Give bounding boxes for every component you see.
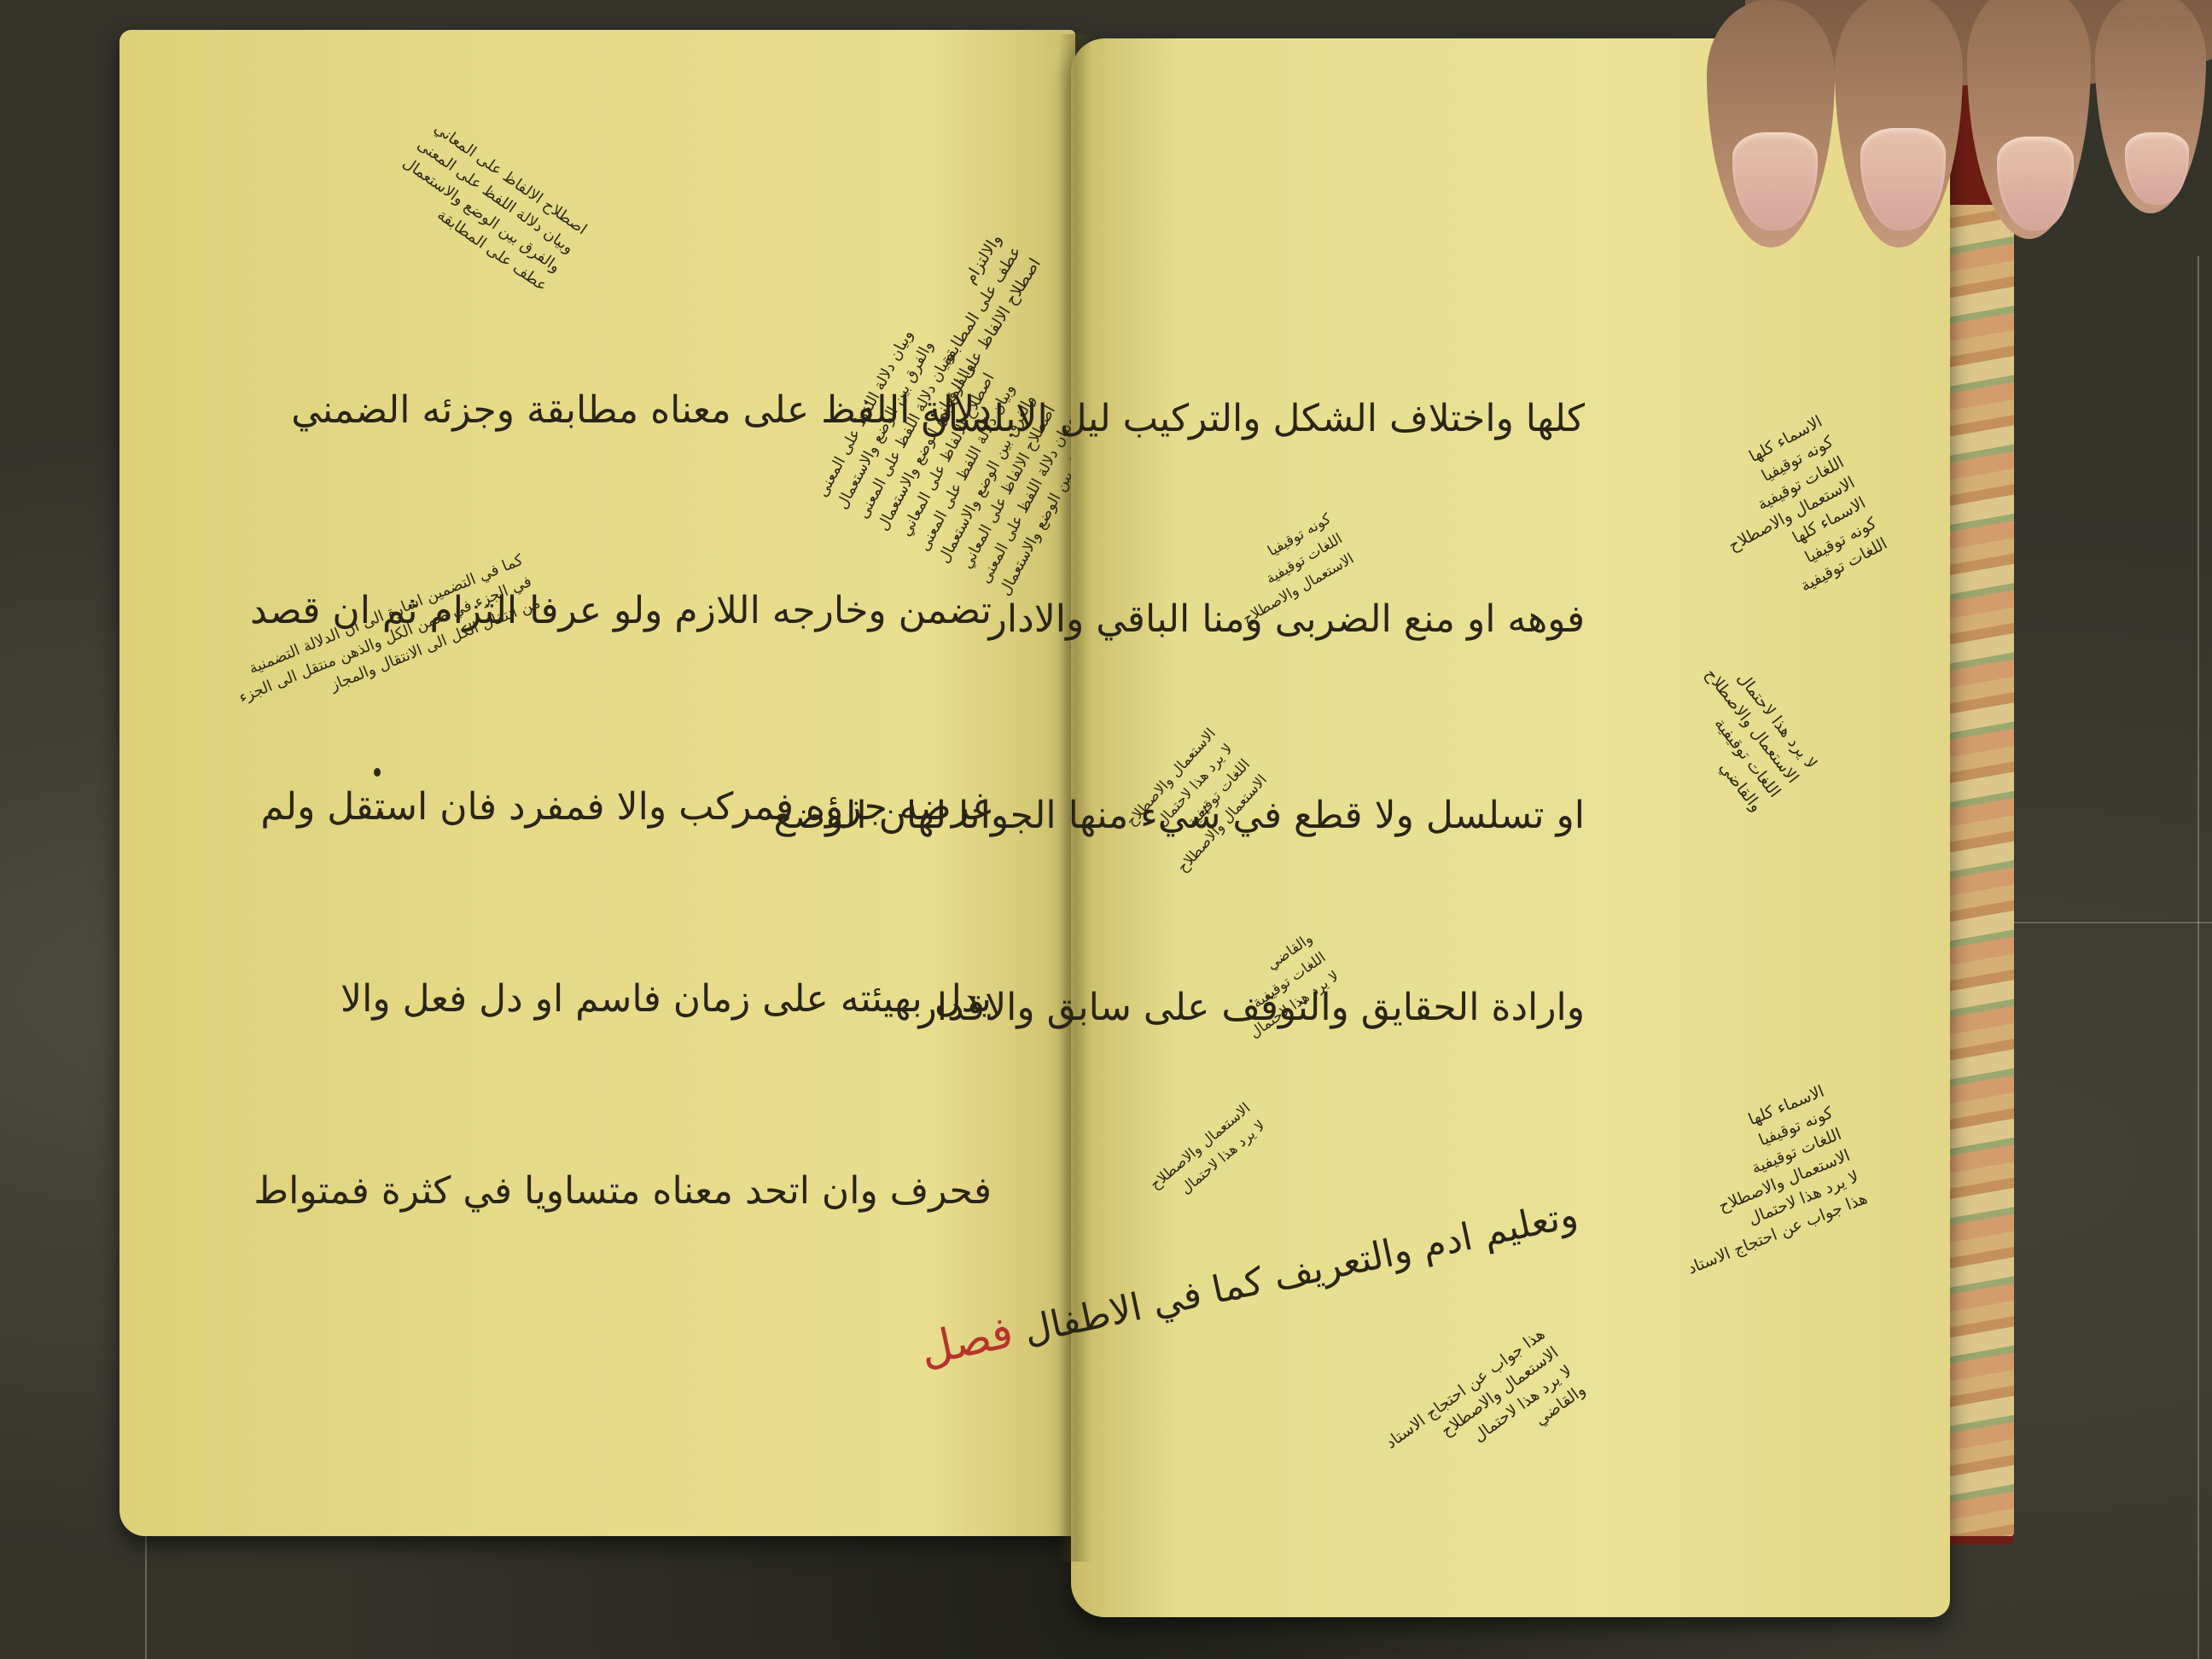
left-main-line-5: فحرف وان اتحد معناه متساويا في كثرة فمتو… — [253, 1169, 992, 1213]
ink-dot — [374, 768, 381, 777]
left-page — [119, 30, 1075, 1536]
ink-dot — [377, 811, 383, 818]
left-main-line-4: يدل بهيئته على زمان فاسم او دل فعل والا — [341, 977, 992, 1021]
right-main-line-1: كلها واختلاف الشكل والتركيب ليل الابلسان — [921, 397, 1585, 440]
hand — [1694, 0, 2212, 273]
mat-line — [2014, 922, 2212, 923]
mat-line — [2197, 256, 2199, 1659]
